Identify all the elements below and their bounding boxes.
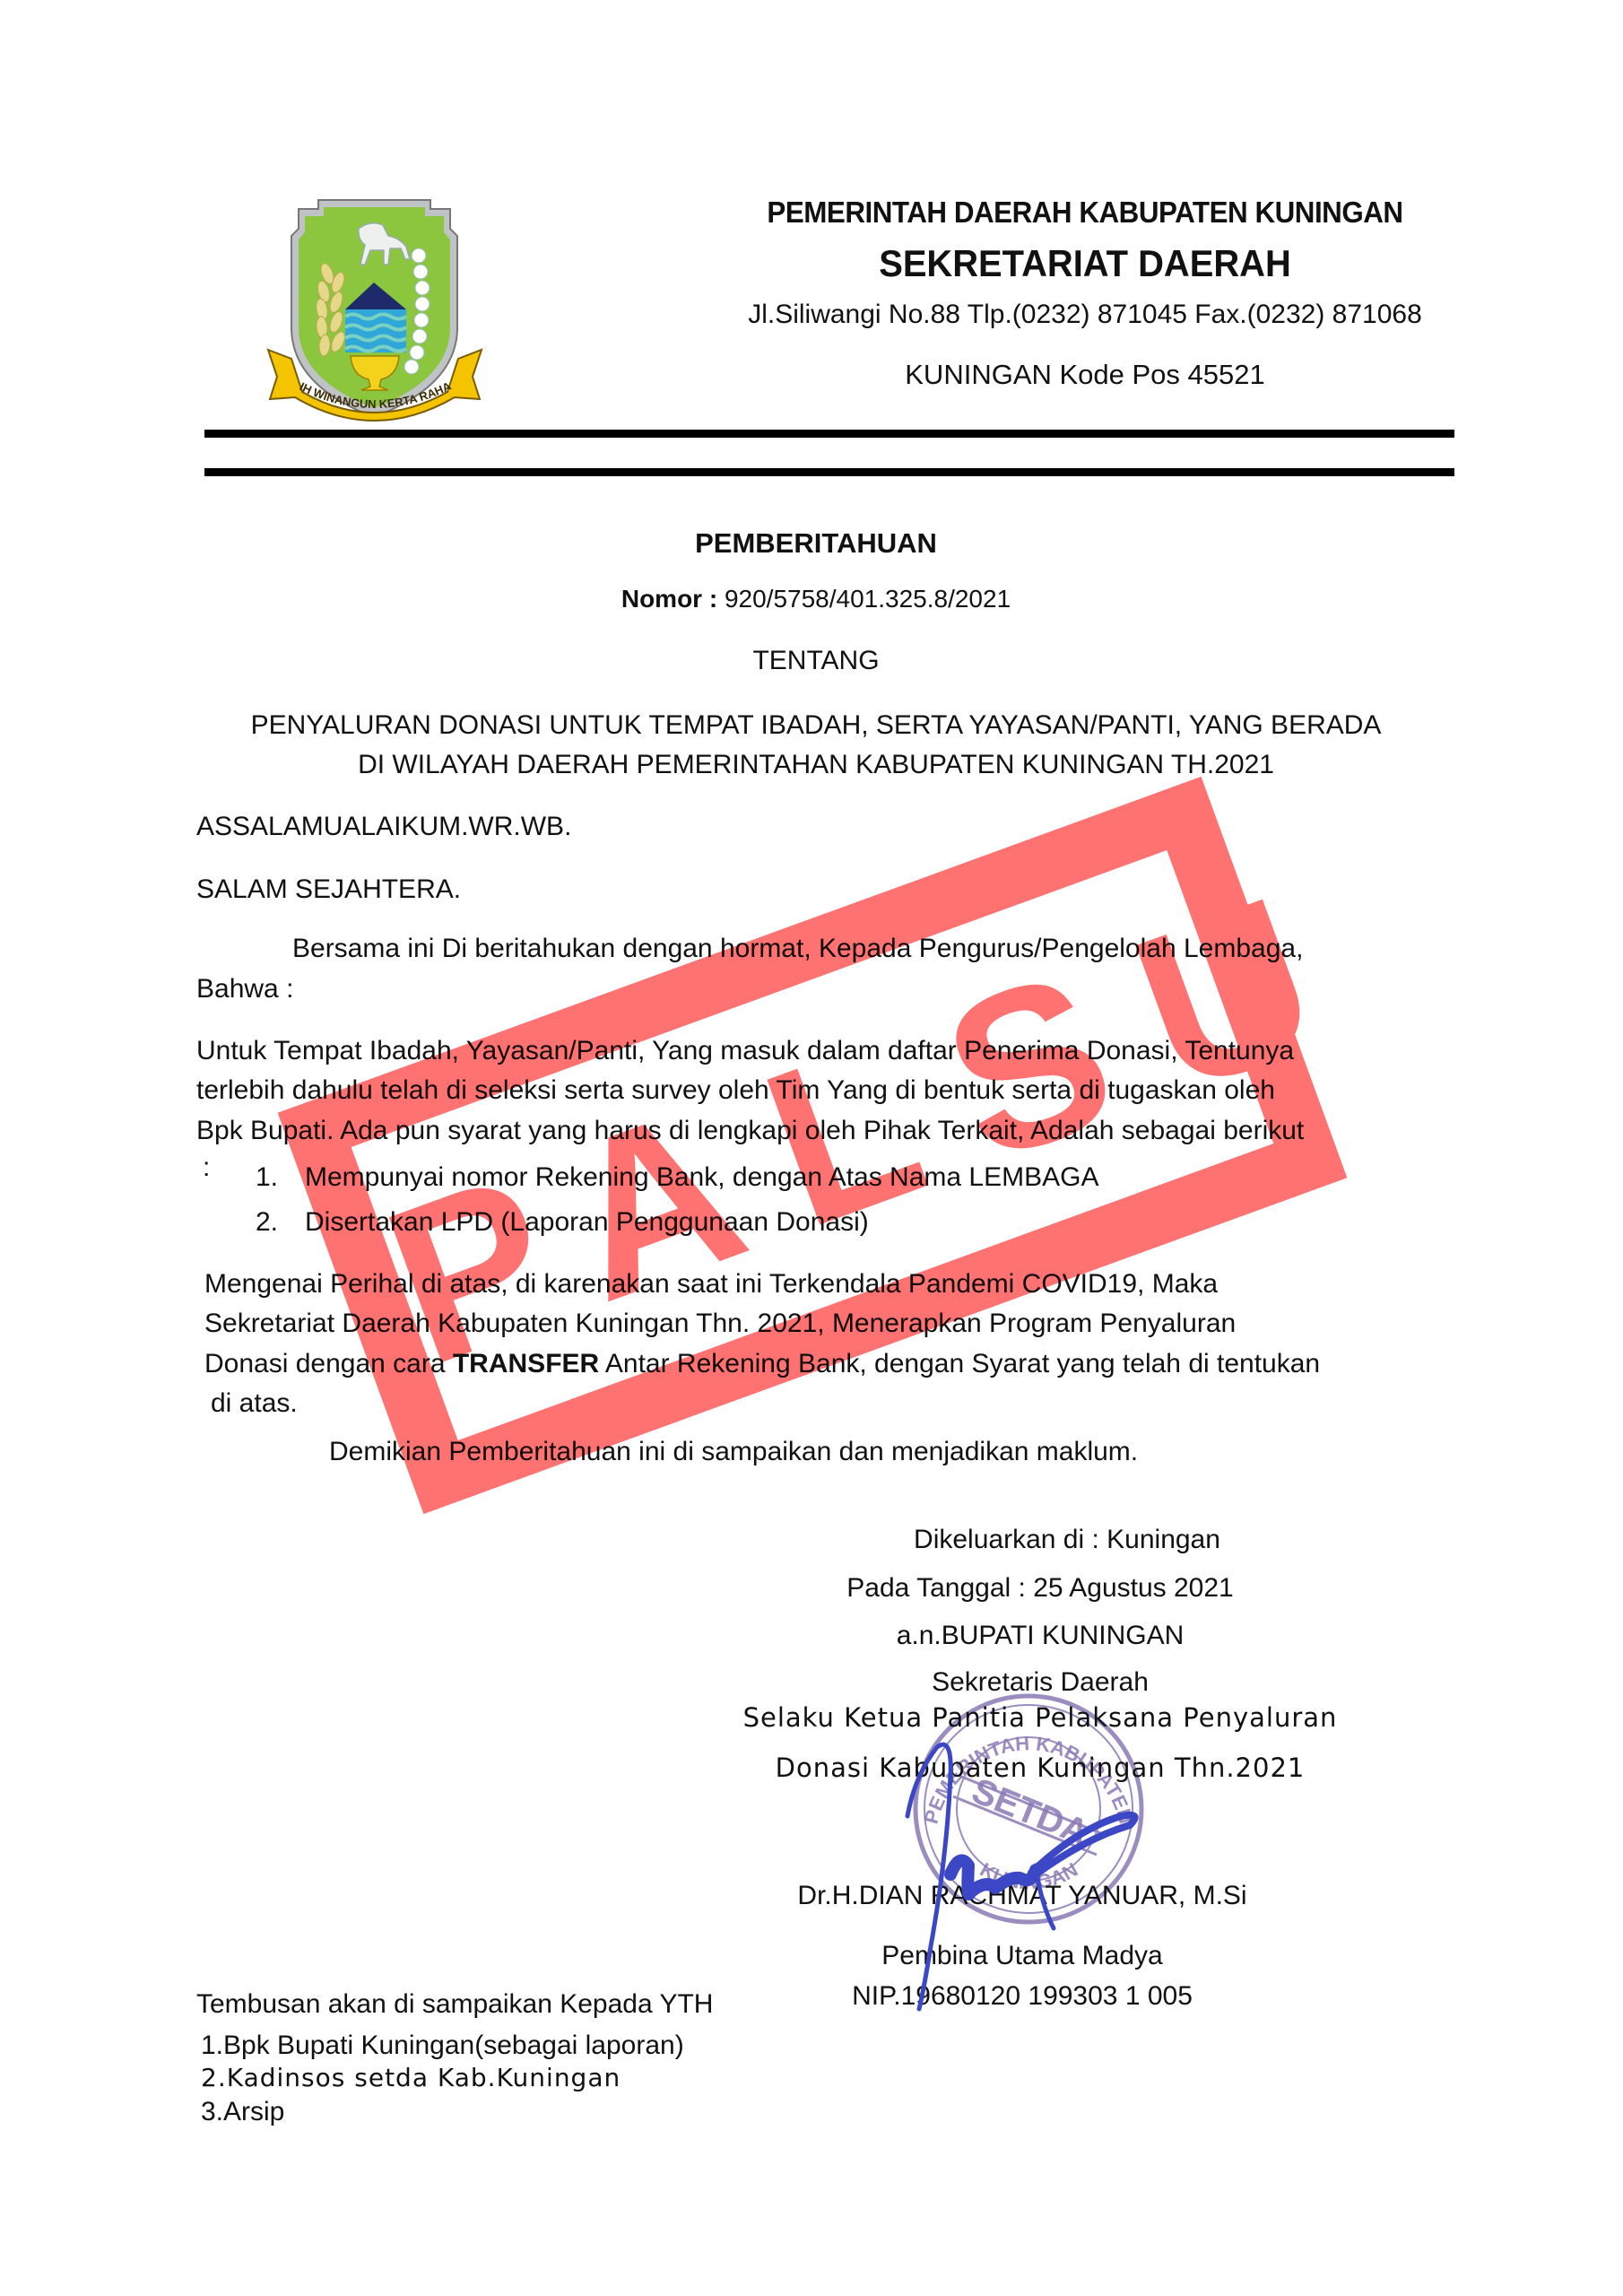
office-address: Jl.Siliwangi No.88 Tlp.(0232) 871045 Fax…	[574, 300, 1596, 330]
document-number-value: 920/5758/401.325.8/2021	[725, 585, 1011, 613]
document-number: Nomor : 920/5758/401.325.8/2021	[502, 585, 1130, 613]
requirement-number: 1.	[256, 1162, 278, 1193]
greeting-salam: ASSALAMUALAIKUM.WR.WB.	[196, 812, 571, 842]
office-name: SEKRETARIAT DAERAH	[600, 242, 1571, 285]
paragraph-2-line-4: di atas.	[211, 1388, 298, 1419]
document-title: PEMBERITAHUAN	[520, 527, 1112, 560]
paragraph-1-colon: :	[203, 1152, 210, 1183]
copies-heading: Tembusan akan di sampaikan Kepada YTH	[196, 1989, 713, 2020]
issue-date: Pada Tanggal : 25 Agustus 2021	[681, 1573, 1399, 1604]
requirement-number: 2.	[256, 1207, 278, 1238]
intro-line-2: Bahwa :	[196, 974, 293, 1004]
institution-name: PEMERINTAH DAERAH KABUPATEN KUNINGAN	[600, 196, 1571, 230]
letterhead-divider-top	[204, 430, 1454, 438]
kuningan-coat-of-arms-icon: RAPIH WINANGUN KERTA RAHARJA	[265, 193, 484, 430]
signer-position: Sekretaris Daerah	[681, 1667, 1399, 1698]
copy-recipient: 3.Arsip	[201, 2097, 284, 2127]
greeting-sejahtera: SALAM SEJAHTERA.	[196, 874, 461, 905]
subject-line-2: DI WILAYAH DAERAH PEMERINTAHAN KABUPATEN…	[179, 750, 1453, 780]
about-label: TENTANG	[520, 646, 1112, 676]
letterhead-divider-bottom	[204, 468, 1454, 476]
issued-at: Dikeluarkan di : Kuningan	[708, 1525, 1426, 1555]
office-postal: KUNINGAN Kode Pos 45521	[574, 359, 1596, 391]
document-number-label: Nomor :	[621, 585, 717, 613]
subject-line-1: PENYALURAN DONASI UNTUK TEMPAT IBADAH, S…	[179, 710, 1453, 741]
copy-recipient: 1.Bpk Bupati Kuningan(sebagai laporan)	[201, 2031, 684, 2061]
handwritten-signature-icon	[888, 1722, 1193, 2027]
on-behalf-of: a.n.BUPATI KUNINGAN	[681, 1621, 1399, 1651]
copy-recipient: 2.Kadinsos setda Kab.Kuningan	[201, 2063, 621, 2092]
